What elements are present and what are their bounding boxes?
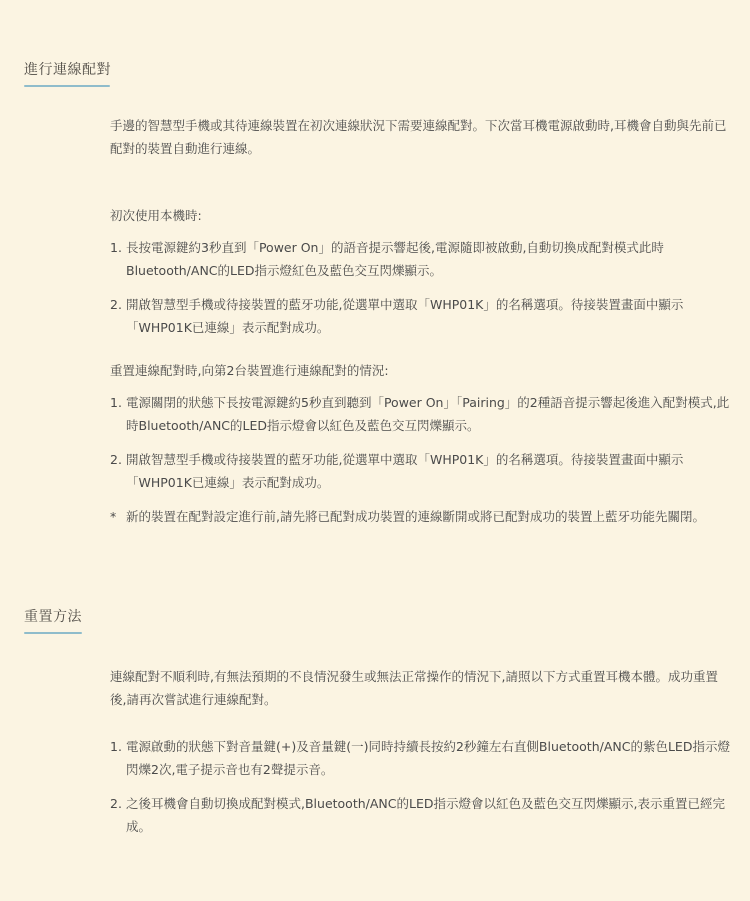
first-use-block: 初次使用本機時: 1. 長按電源鍵約3秒直到「Power On」的語音提示響起後… bbox=[110, 204, 730, 350]
reset-steps: 1. 電源啟動的狀態下對音量鍵(+)及音量鍵(一)同時持續長按約2秒鐘左右直側B… bbox=[110, 735, 730, 838]
intro-paragraph: 手邊的智慧型手機或其待連線裝置在初次連線狀況下需要連線配對。下次當耳機電源啟動時… bbox=[110, 114, 730, 160]
second-device-label: 重置連線配對時,向第2台裝置進行連線配對的情況: bbox=[110, 359, 730, 382]
list-item: 1. 長按電源鍵約3秒直到「Power On」的語音提示響起後,電源隨即被啟動,… bbox=[110, 236, 730, 282]
list-item: 2. 之後耳機會自動切換成配對模式,Bluetooth/ANC的LED指示燈會以… bbox=[110, 792, 730, 838]
reset-steps-block: 1. 電源啟動的狀態下對音量鍵(+)及音量鍵(一)同時持續長按約2秒鐘左右直側B… bbox=[110, 735, 730, 849]
list-item: 1. 電源啟動的狀態下對音量鍵(+)及音量鍵(一)同時持續長按約2秒鐘左右直側B… bbox=[110, 735, 730, 781]
list-item: 2. 開啟智慧型手機或待接裝置的藍牙功能,從選單中選取「WHP01K」的名稱選項… bbox=[110, 293, 730, 339]
pairing-intro: 手邊的智慧型手機或其待連線裝置在初次連線狀況下需要連線配對。下次當耳機電源啟動時… bbox=[110, 114, 730, 160]
list-item: 2. 開啟智慧型手機或待接裝置的藍牙功能,從選單中選取「WHP01K」的名稱選項… bbox=[110, 448, 730, 494]
section-title: 重置方法 bbox=[24, 609, 82, 625]
section-heading-pairing: 進行連線配對 bbox=[24, 60, 111, 87]
section-heading-reset: 重置方法 bbox=[24, 607, 82, 634]
second-device-steps: 1. 電源關閉的狀態下長按電源鍵約5秒直到聽到「Power On」「Pairin… bbox=[110, 391, 730, 528]
heading-underline bbox=[24, 632, 82, 634]
first-use-steps: 1. 長按電源鍵約3秒直到「Power On」的語音提示響起後,電源隨即被啟動,… bbox=[110, 236, 730, 339]
reset-intro: 連線配對不順利時,有無法預期的不良情況發生或無法正常操作的情況下,請照以下方式重… bbox=[110, 665, 730, 711]
note-item: * 新的裝置在配對設定進行前,請先將已配對成功裝置的連線斷開或將已配對成功的裝置… bbox=[110, 505, 730, 528]
first-use-label: 初次使用本機時: bbox=[110, 204, 730, 227]
section-title: 進行連線配對 bbox=[24, 62, 111, 78]
second-device-block: 重置連線配對時,向第2台裝置進行連線配對的情況: 1. 電源關閉的狀態下長按電源… bbox=[110, 359, 730, 539]
heading-underline bbox=[24, 85, 110, 87]
list-item: 1. 電源關閉的狀態下長按電源鍵約5秒直到聽到「Power On」「Pairin… bbox=[110, 391, 730, 437]
intro-paragraph: 連線配對不順利時,有無法預期的不良情況發生或無法正常操作的情況下,請照以下方式重… bbox=[110, 665, 730, 711]
